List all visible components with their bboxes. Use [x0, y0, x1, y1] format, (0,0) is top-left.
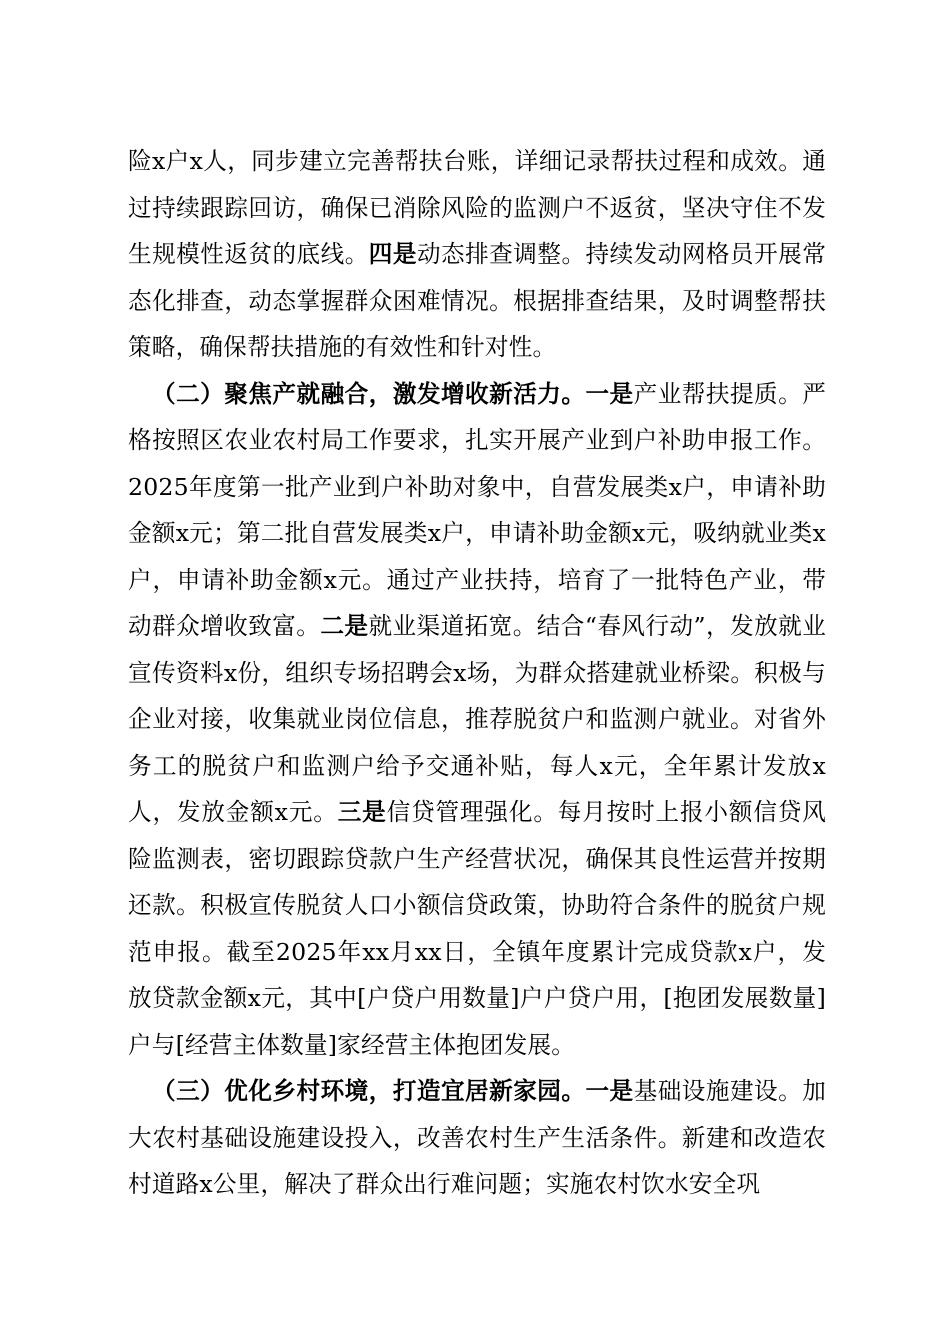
paragraph-text: 产业帮扶提质。严格按照区农业农村局工作要求，扎实开展产业到户补助申报工作。202…: [128, 380, 826, 641]
paragraph-text: 就业渠道拓宽。结合“春风行动”，发放就业宣传资料x份，组织专场招聘会x场，为群众…: [128, 612, 826, 826]
paragraph-risk-monitoring: 险x户x人，同步建立完善帮扶台账，详细记录帮扶过程和成效。通过持续跟踪回访，确保…: [128, 138, 826, 371]
section-heading-two: （二）聚焦产就融合，激发增收新活力。一是: [152, 380, 634, 408]
paragraph-text: 信贷管理强化。每月按时上报小额信贷风险监测表，密切跟踪贷款户生产经营状况，确保其…: [128, 798, 826, 1059]
bold-lead-three: 三是: [338, 798, 387, 826]
section-heading-three: （三）优化乡村环境，打造宜居新家园。一是: [152, 1077, 634, 1105]
paragraph-section-two: （二）聚焦产就融合，激发增收新活力。一是产业帮扶提质。严格按照区农业农村局工作要…: [128, 371, 826, 1069]
bold-lead-four: 四是: [369, 240, 417, 268]
bold-lead-two: 二是: [320, 612, 368, 640]
paragraph-section-three: （三）优化乡村环境，打造宜居新家园。一是基础设施建设。加大农村基础设施建设投入，…: [128, 1068, 826, 1208]
document-page: 险x户x人，同步建立完善帮扶台账，详细记录帮扶过程和成效。通过持续跟踪回访，确保…: [128, 138, 826, 1208]
